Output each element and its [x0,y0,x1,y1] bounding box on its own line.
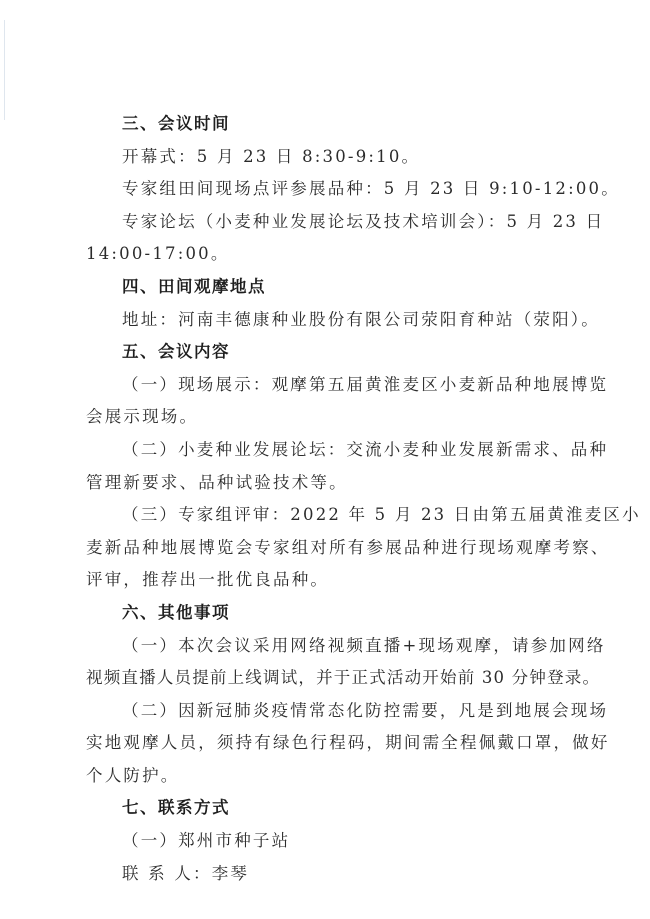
other-item-1-line-1: （一）本次会议采用网络视频直播+现场观摩，请参加网络 [86,630,568,663]
opening-ceremony-time: 开幕式：5 月 23 日 8:30-9:10。 [86,141,568,174]
other-item-2-line-2: 实地观摩人员，须持有绿色行程码，期间需全程佩戴口罩，做好 [86,727,568,760]
other-item-2-line-3: 个人防护。 [86,760,568,793]
section-heading-field-location: 四、田间观摩地点 [86,271,568,304]
section-heading-meeting-time: 三、会议时间 [86,108,568,141]
content-item-1-line-1: （一）现场展示：观摩第五届黄淮麦区小麦新品种地展博览 [86,369,568,402]
expert-forum-time-line-1: 专家论坛（小麦种业发展论坛及技术培训会）：5 月 23 日 [86,206,568,239]
contact-person: 联 系 人：李琴 [86,858,568,891]
content-item-3-line-1: （三）专家组评审：2022 年 5 月 23 日由第五届黄淮麦区小 [86,499,568,532]
section-heading-contact: 七、联系方式 [86,792,568,825]
expert-field-review-time: 专家组田间现场点评参展品种：5 月 23 日 9:10-12:00。 [86,173,568,206]
content-item-3-line-3: 评审，推荐出一批优良品种。 [86,564,568,597]
section-heading-other-matters: 六、其他事项 [86,597,568,630]
scan-edge-artifact [4,20,5,120]
content-item-1-line-2: 会展示现场。 [86,401,568,434]
contact-org: （一）郑州市种子站 [86,825,568,858]
document-page: 三、会议时间 开幕式：5 月 23 日 8:30-9:10。 专家组田间现场点评… [86,108,568,890]
other-item-1-line-2: 视频直播人员提前上线调试，并于正式活动开始前 30 分钟登录。 [86,662,568,695]
address-text: 地址：河南丰德康种业股份有限公司荥阳育种站（荥阳）。 [86,304,568,337]
content-item-2-line-1: （二）小麦种业发展论坛：交流小麦种业发展新需求、品种 [86,434,568,467]
content-item-2-line-2: 管理新要求、品种试验技术等。 [86,467,568,500]
other-item-2-line-1: （二）因新冠肺炎疫情常态化防控需要，凡是到地展会现场 [86,695,568,728]
expert-forum-time-line-2: 14:00-17:00。 [86,238,568,271]
section-heading-meeting-content: 五、会议内容 [86,336,568,369]
content-item-3-line-2: 麦新品种地展博览会专家组对所有参展品种进行现场观摩考察、 [86,532,568,565]
